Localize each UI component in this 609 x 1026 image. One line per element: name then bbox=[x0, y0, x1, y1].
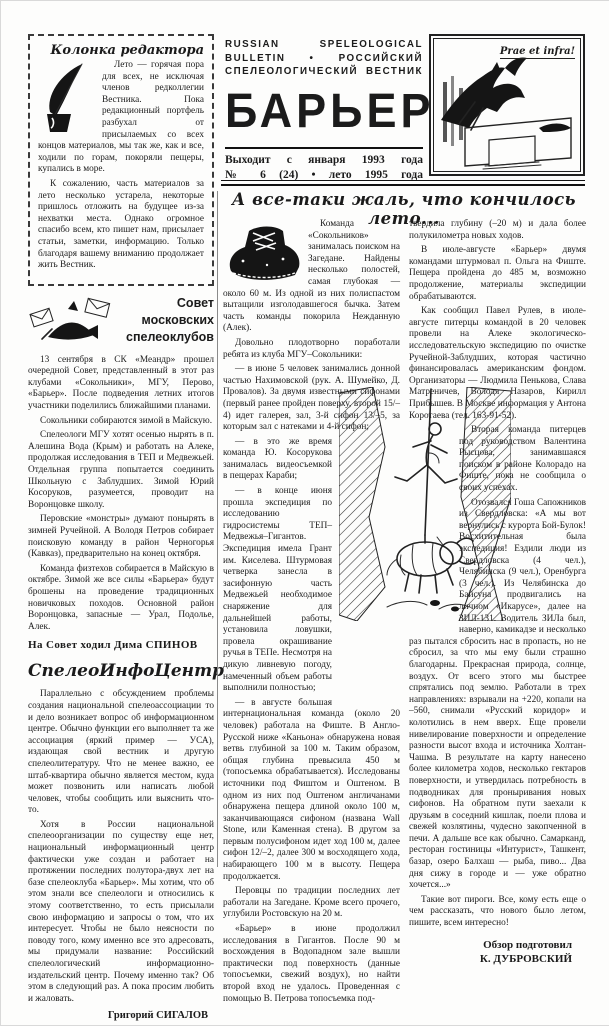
sovet-byline: На Совет ходил Дима СПИНОВ bbox=[28, 639, 214, 651]
sovet-paragraph: Сокольники собираются зимой в Майскую. bbox=[28, 416, 214, 428]
hiking-boot-icon bbox=[223, 221, 303, 283]
story-paragraph: Такие вот пироги. Все, кому есть еще о ч… bbox=[409, 895, 586, 930]
story-paragraph: Довольно плодотворно поработали ребята и… bbox=[223, 338, 400, 361]
masthead-motto: Prae et infra! bbox=[500, 46, 575, 59]
masthead-line: RUSSIAN SPELEOLOGICAL bbox=[225, 38, 423, 52]
story-paragraph: Перовцы по традиции последних лет работа… bbox=[223, 886, 400, 921]
story-paragraph: твердила глубину (–20 м) и дала более по… bbox=[409, 219, 586, 242]
masthead-line: BULLETIN • РОССИЙСКИЙ bbox=[225, 52, 423, 66]
newsletter-page: Колонка редактора Лето — горячая пора дл… bbox=[0, 0, 609, 1026]
column-divider bbox=[217, 191, 218, 867]
editor-column-box: Колонка редактора Лето — горячая пора дл… bbox=[28, 34, 214, 286]
story-byline: Обзор подготовил К. ДУБРОВСКИЙ bbox=[409, 938, 586, 966]
bulletin-title: БАРЬЕР bbox=[225, 85, 423, 137]
masthead-rule bbox=[221, 180, 585, 186]
story-paragraph: «Барьер» в июне продолжил исследования в… bbox=[223, 924, 400, 1005]
infocenter-section: СпелеоИнфоЦентр Параллельно с обсуждение… bbox=[28, 661, 214, 1021]
story-paragraph: В июле-августе «Барьер» двумя командами … bbox=[409, 245, 586, 303]
sovet-section: Совет московских спелеоклубов 13 сентябр… bbox=[28, 295, 214, 652]
editor-paragraph: К сожалению, часть материалов за лето не… bbox=[38, 179, 204, 272]
sovet-title: Совет московских спелеоклубов bbox=[110, 295, 214, 346]
sovet-paragraph: Команда физтехов собирается в Майскую в … bbox=[28, 564, 214, 634]
sovet-paragraph: Спелеологи МГУ хотят осенью нырять в п. … bbox=[28, 430, 214, 511]
sovet-paragraph: 13 сентября в СК «Меандр» прошел очередн… bbox=[28, 355, 214, 413]
infocenter-signature: Григорий СИГАЛОВ bbox=[28, 1010, 214, 1021]
masthead-text: RUSSIAN SPELEOLOGICAL BULLETIN • РОССИЙС… bbox=[225, 38, 423, 183]
infocenter-paragraph: Параллельно с обсуждением проблемы созда… bbox=[28, 689, 214, 817]
beret-envelopes-icon bbox=[28, 295, 114, 349]
sovet-paragraph: Перовские «монстры» думают понырять в зи… bbox=[28, 514, 214, 560]
story-paragraph: — в августе большая интернациональная ко… bbox=[223, 698, 400, 884]
caver-and-bull-illustration bbox=[339, 387, 511, 621]
infocenter-paragraph: Хотя в России национальной спелеоорганиз… bbox=[28, 820, 214, 1006]
sovet-heading: Совет московских спелеоклубов bbox=[28, 295, 214, 351]
masthead-line: СПЕЛЕОЛОГИЧЕСКИЙ ВЕСТНИК bbox=[225, 65, 423, 79]
quill-inkwell-icon bbox=[38, 62, 96, 136]
left-column: Колонка редактора Лето — горячая пора дл… bbox=[28, 34, 214, 1021]
issue-info: Выходит с января 1993 года № 6 (24) • ле… bbox=[225, 147, 423, 183]
issue-line: Выходит с января 1993 года bbox=[225, 153, 423, 168]
horse-illustration-box: Prae et infra! bbox=[429, 34, 585, 176]
editor-column-title: Колонка редактора bbox=[38, 43, 204, 58]
masthead: RUSSIAN SPELEOLOGICAL BULLETIN • РОССИЙС… bbox=[225, 34, 585, 177]
infocenter-title: СпелеоИнфоЦентр bbox=[28, 661, 214, 681]
